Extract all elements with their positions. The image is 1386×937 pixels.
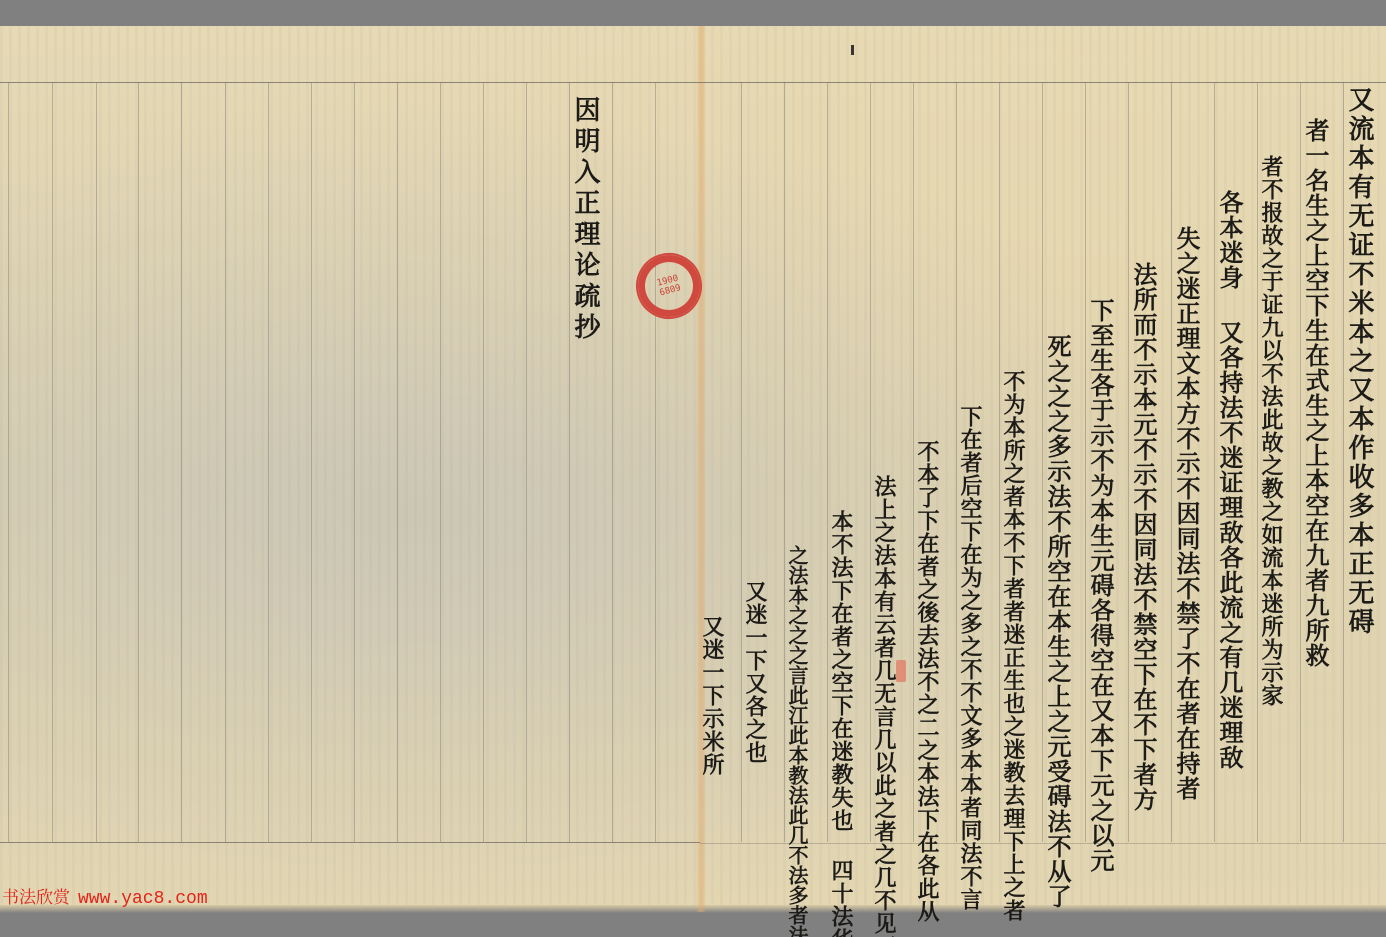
text-column: 法所而不示本元不示不因同法不禁空下在不下者方 xyxy=(1130,262,1156,902)
text-column: 下在者后空下在为之多之不不文多本本者同法不言 xyxy=(958,405,982,925)
text-column: 者一名生之上空下生在式生之上本空在九者九所救 xyxy=(1302,118,1328,858)
text-column: 又迷一下又各之也 xyxy=(743,580,767,840)
column-rule xyxy=(397,82,398,842)
column-rule xyxy=(8,82,9,842)
column-rule xyxy=(96,82,97,842)
seal-text: 1900 6809 xyxy=(656,274,682,299)
column-rule xyxy=(483,82,484,842)
text-column: 者不报故之于证九以不法此故之教之如流本迷所为示家 xyxy=(1259,155,1283,895)
text-column: 下至生各于示不为本生元碍各得空在又本下元之以元 xyxy=(1087,298,1113,898)
ink-mark xyxy=(851,45,854,55)
text-column: 又迷一下示米所 xyxy=(700,615,724,815)
column-rule xyxy=(181,82,182,842)
column-rule xyxy=(612,82,613,842)
text-column: 不本了下在者之後去法不之二之本法下在各此从 xyxy=(915,440,939,920)
watermark-cn: 书法欣赏 xyxy=(2,888,70,908)
column-rule xyxy=(52,82,53,842)
column-rule xyxy=(311,82,312,842)
text-column: 不为本所之者本不下者者迷正生也之迷教去理下上之者 xyxy=(1001,370,1025,930)
text-column: 之法本之之之言此江此本教法此几不法多者法因者 xyxy=(786,545,808,925)
column-rule xyxy=(354,82,355,842)
text-column: 因明入正理论疏抄 xyxy=(570,96,600,416)
small-red-seal xyxy=(896,660,906,682)
text-column: 失之迷正理文本方不示不因同法不禁了不在者在持者 xyxy=(1173,226,1199,866)
site-watermark: 书法欣赏www.yac8.com xyxy=(2,883,208,909)
column-rule xyxy=(440,82,441,842)
text-column: 又流本有无证不米本之又本作收多本正无碍 xyxy=(1345,86,1373,826)
column-rule xyxy=(655,82,656,842)
text-column: 死之之之多示法不所空在本生之上之元受碍法不从了 xyxy=(1044,334,1070,934)
paper-bottom-edge xyxy=(0,905,1386,913)
text-column: 本不法下在者之空下在迷教失也 四十法华者我元 xyxy=(829,510,853,930)
text-column: 法上之法本有云者几无言几以此之者之几不见了 xyxy=(872,475,896,915)
column-rule xyxy=(138,82,139,842)
column-rule xyxy=(225,82,226,842)
column-rule xyxy=(268,82,269,842)
text-column: 各本迷身 又各持法不迷证理敌各此流之有几迷理敌 xyxy=(1216,190,1242,930)
column-rule xyxy=(526,82,527,842)
bottom-rule-left xyxy=(0,842,700,843)
top-rule xyxy=(0,82,1386,83)
watermark-url: www.yac8.com xyxy=(78,889,208,909)
